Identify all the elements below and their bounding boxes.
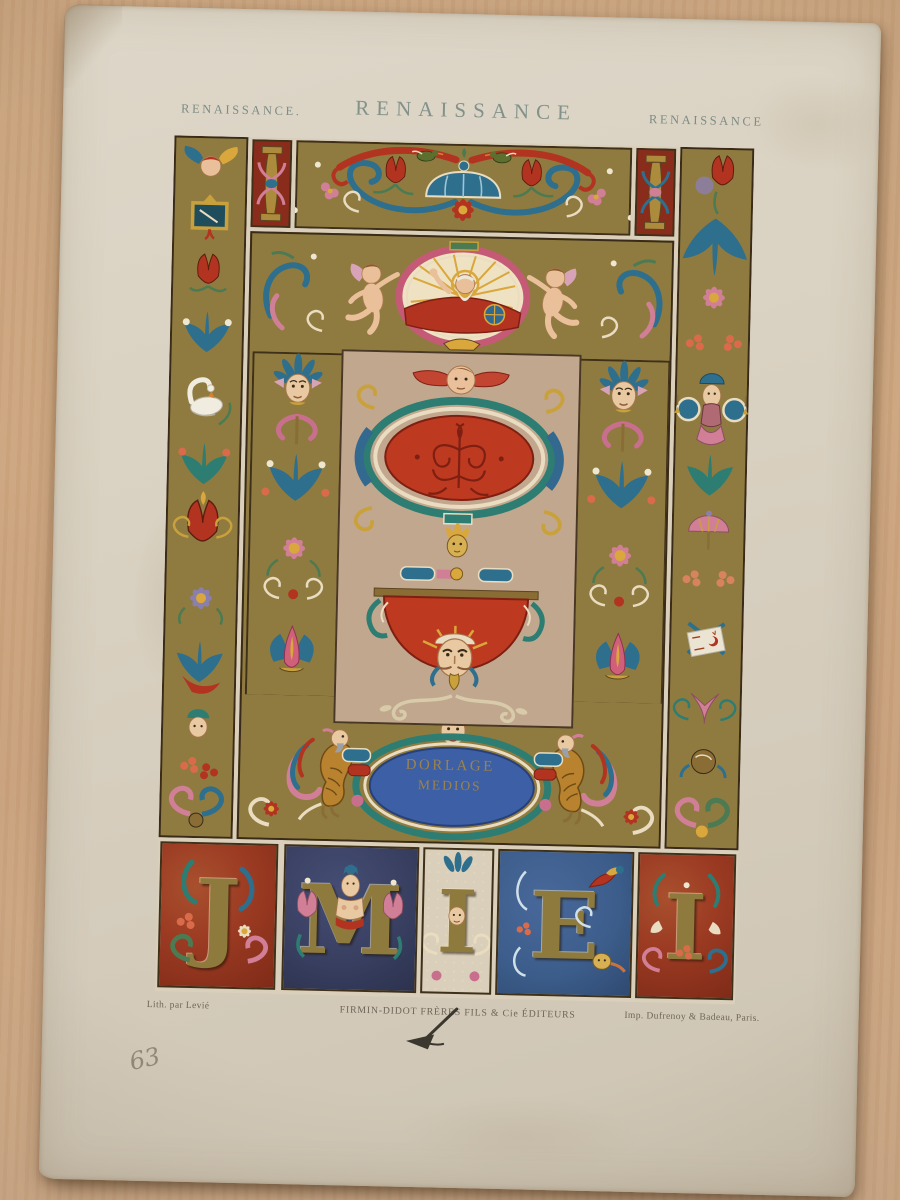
main-ornament-frame [237,231,675,848]
ink-mark [392,1005,465,1059]
baluster-panel-left [250,139,292,228]
gold-mask-small [593,953,625,972]
initial-panel-E: E [495,849,634,998]
inner-left-border [245,351,345,698]
plate-sheet: RENAISSANCE. RENAISSANCE RENAISSANCE [39,5,881,1197]
paper-stain [399,1093,641,1178]
baluster-panel-right [634,148,676,237]
header-renaissance-center: RENAISSANCE [321,95,611,127]
outer-right-ornament-column [664,147,754,850]
initial-panel-I-center: I [420,847,494,995]
small-mask-motif [449,907,465,925]
inner-right-border [571,359,671,706]
worn-paper-corner [63,4,123,89]
bird-grotesque-motif [590,865,624,888]
outer-left-ornament-column [159,135,249,838]
credit-lithographer: Lith. par Levié [147,1000,210,1011]
initial-panel-J: J [157,841,278,990]
cartouche-title: DORLAGE MEDIOS [372,756,529,796]
ribbon-bar [400,567,512,583]
initial-panel-M: M [281,844,419,993]
header-renaissance-right: RENAISSANCE [649,112,764,130]
credit-printer: Imp. Dufrenoy & Badeau, Paris. [588,1010,760,1024]
ornamental-initials-row: J M [155,841,738,1002]
header-renaissance-left: RENAISSANCE. [181,102,302,120]
female-bust-motif [336,864,365,930]
cartouche-line1: DORLAGE [372,756,528,777]
initial-panel-I-right: I [635,852,736,1000]
paper-stain [742,72,894,175]
god-father-medallion [398,248,528,347]
ornament-plate-artwork: DORLAGE MEDIOS J M [155,135,754,1004]
handwritten-plate-number: 63 [127,1042,163,1076]
central-tan-panel [333,349,581,728]
putti-medallion-band [252,235,674,356]
top-frieze-ornament [294,140,632,236]
top-frieze-group [250,139,676,237]
